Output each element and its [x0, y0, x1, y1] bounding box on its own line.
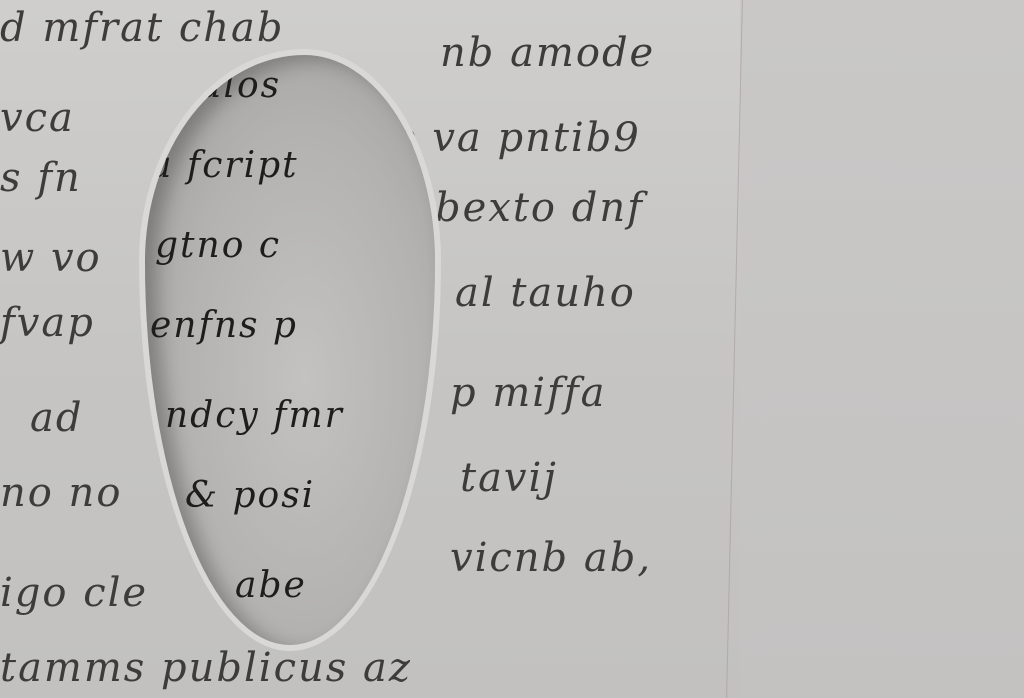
underlying-handwritten-line: & posi	[185, 475, 315, 516]
handwritten-line: vicnb ab,	[450, 535, 652, 581]
underlying-handwritten-line: a fcript	[150, 145, 299, 186]
blank-page-margin	[740, 0, 1024, 698]
underlying-handwritten-line: gtno c	[155, 225, 281, 266]
handwritten-line: s fn	[0, 155, 82, 201]
handwritten-line: tavij	[460, 455, 558, 501]
handwritten-line: p va pntib9	[390, 115, 641, 161]
handwritten-line: ad	[30, 395, 83, 441]
handwritten-line: tamms publicus az	[0, 645, 412, 691]
handwritten-line: bexto dnf	[435, 185, 644, 231]
underlying-handwritten-line: alos	[200, 65, 281, 106]
handwritten-line: vca	[0, 95, 75, 141]
handwritten-line: no no	[0, 470, 122, 516]
handwritten-line: p miffa	[450, 370, 607, 416]
handwritten-line: al tauho	[455, 270, 636, 316]
underlying-handwritten-line: enfns p	[150, 305, 298, 346]
handwritten-line: nb amode	[440, 30, 655, 76]
handwritten-line: igo cle	[0, 570, 148, 616]
handwritten-line: w vo	[0, 235, 102, 281]
handwritten-line: d mfrat chab	[0, 5, 284, 51]
manuscript-photo: d mfrat chabnb amodevcap va pntib9s fnbe…	[0, 0, 1024, 698]
underlying-handwritten-line: ndcy fmr	[165, 395, 344, 436]
handwritten-line: fvap	[0, 300, 95, 346]
underlying-handwritten-line: abe	[235, 565, 307, 606]
hole-in-page: alosa fcriptgtno cenfns pndcy fmr& posia…	[145, 55, 435, 645]
